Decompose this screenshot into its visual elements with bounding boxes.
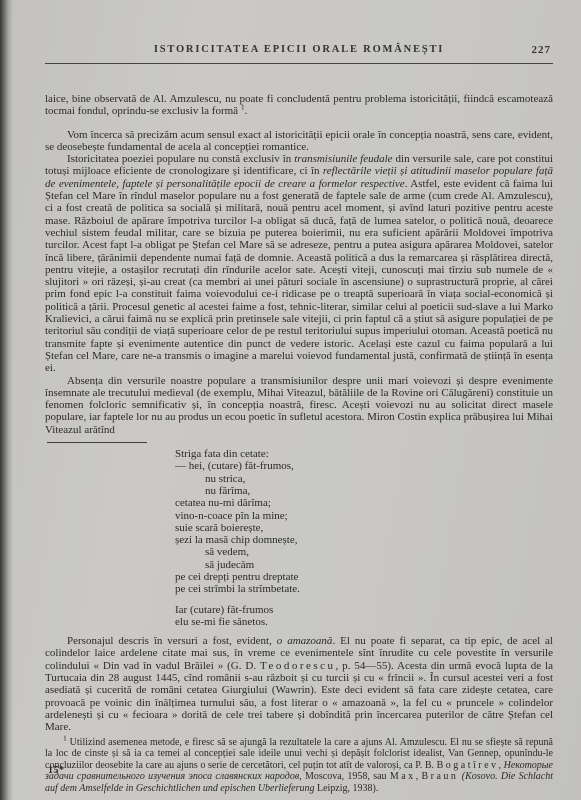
verse-line: să judecăm [175, 559, 553, 571]
verse-line: pe cei strîmbi la strîmbetate. [175, 583, 553, 595]
body-paragraph: Absența din versurile noastre populare a… [45, 375, 553, 436]
verse-line: Striga fata din cetate: [175, 448, 553, 460]
short-separator-rule [47, 442, 147, 443]
verse-line: suie scară boierește, [175, 522, 553, 534]
running-header-title: ISTORICITATEA EPICII ORALE ROMÂNEȘTI [45, 44, 553, 55]
body-paragraph: Personajul descris în versuri a fost, ev… [45, 635, 553, 733]
verse-line: șezi la masă chip domnește, [175, 534, 553, 546]
scanned-book-page: { "header": { "title": "ISTORICITATEA EP… [0, 0, 581, 800]
text-run: Vom încerca să precizăm acum sensul exac… [45, 129, 553, 153]
letterspaced-name: Braun [421, 771, 458, 782]
text-run: Personajul descris în versuri a fost, ev… [67, 635, 277, 647]
body-paragraph: laice, bine observată de Al. Amzulescu, … [45, 93, 553, 118]
emphasized-text: o amazoană [277, 635, 333, 647]
text-run: . [245, 105, 248, 117]
verse-line: nu strica, [175, 473, 553, 485]
text-run: laice, bine observată de Al. Amzulescu, … [45, 93, 553, 117]
body-paragraph: Vom încerca să precizăm acum sensul exac… [45, 129, 553, 154]
letterspaced-name: Bogatîrev [437, 760, 499, 771]
running-header: ISTORICITATEA EPICII ORALE ROMÂNEȘTI 227 [45, 44, 553, 59]
page-binding-shadow [0, 0, 13, 800]
verse-line: nu fărîma, [175, 485, 553, 497]
main-text-column: laice, bine observată de Al. Amzulescu, … [45, 93, 553, 794]
verse-quotation: Striga fata din cetate:— hei, (cutare) f… [175, 448, 553, 628]
page-number: 227 [532, 44, 552, 56]
verse-line: Iar (cutare) făt-frumos [175, 604, 553, 616]
verse-line: să vedem, [175, 546, 553, 558]
verse-line: pe cei drepți pentru dreptate [175, 571, 553, 583]
text-run: . Astfel, este evident că faima lui Ștef… [45, 178, 553, 374]
page-body: ISTORICITATEA EPICII ORALE ROMÂNEȘTI 227… [45, 44, 553, 794]
footnote: 1 Utilizind asemenea metode, e firesc să… [45, 737, 553, 795]
text-run: Leipzig, 1938). [314, 783, 378, 794]
header-rule [45, 63, 553, 64]
verse-line: — hei, (cutare) făt-frumos, [175, 460, 553, 472]
text-run: Absența din versurile noastre populare a… [45, 375, 553, 436]
text-run: Istoricitatea poeziei populare nu constă… [67, 153, 294, 165]
letterspaced-name: Teodorescu [260, 660, 336, 672]
text-run: , Moscova, 1958, sau [299, 771, 390, 782]
letterspaced-name: Max [390, 771, 416, 782]
verse-line: vino-n-coace pîn la mine; [175, 510, 553, 522]
printer-signature-mark: 15* [48, 765, 65, 776]
verse-line: cetatea nu-mi dărîma; [175, 497, 553, 509]
verse-line: elu se-mi fie sănetos. [175, 616, 553, 628]
emphasized-text: transmisiunile feudale [294, 153, 392, 165]
body-paragraph: Istoricitatea poeziei populare nu constă… [45, 153, 553, 374]
